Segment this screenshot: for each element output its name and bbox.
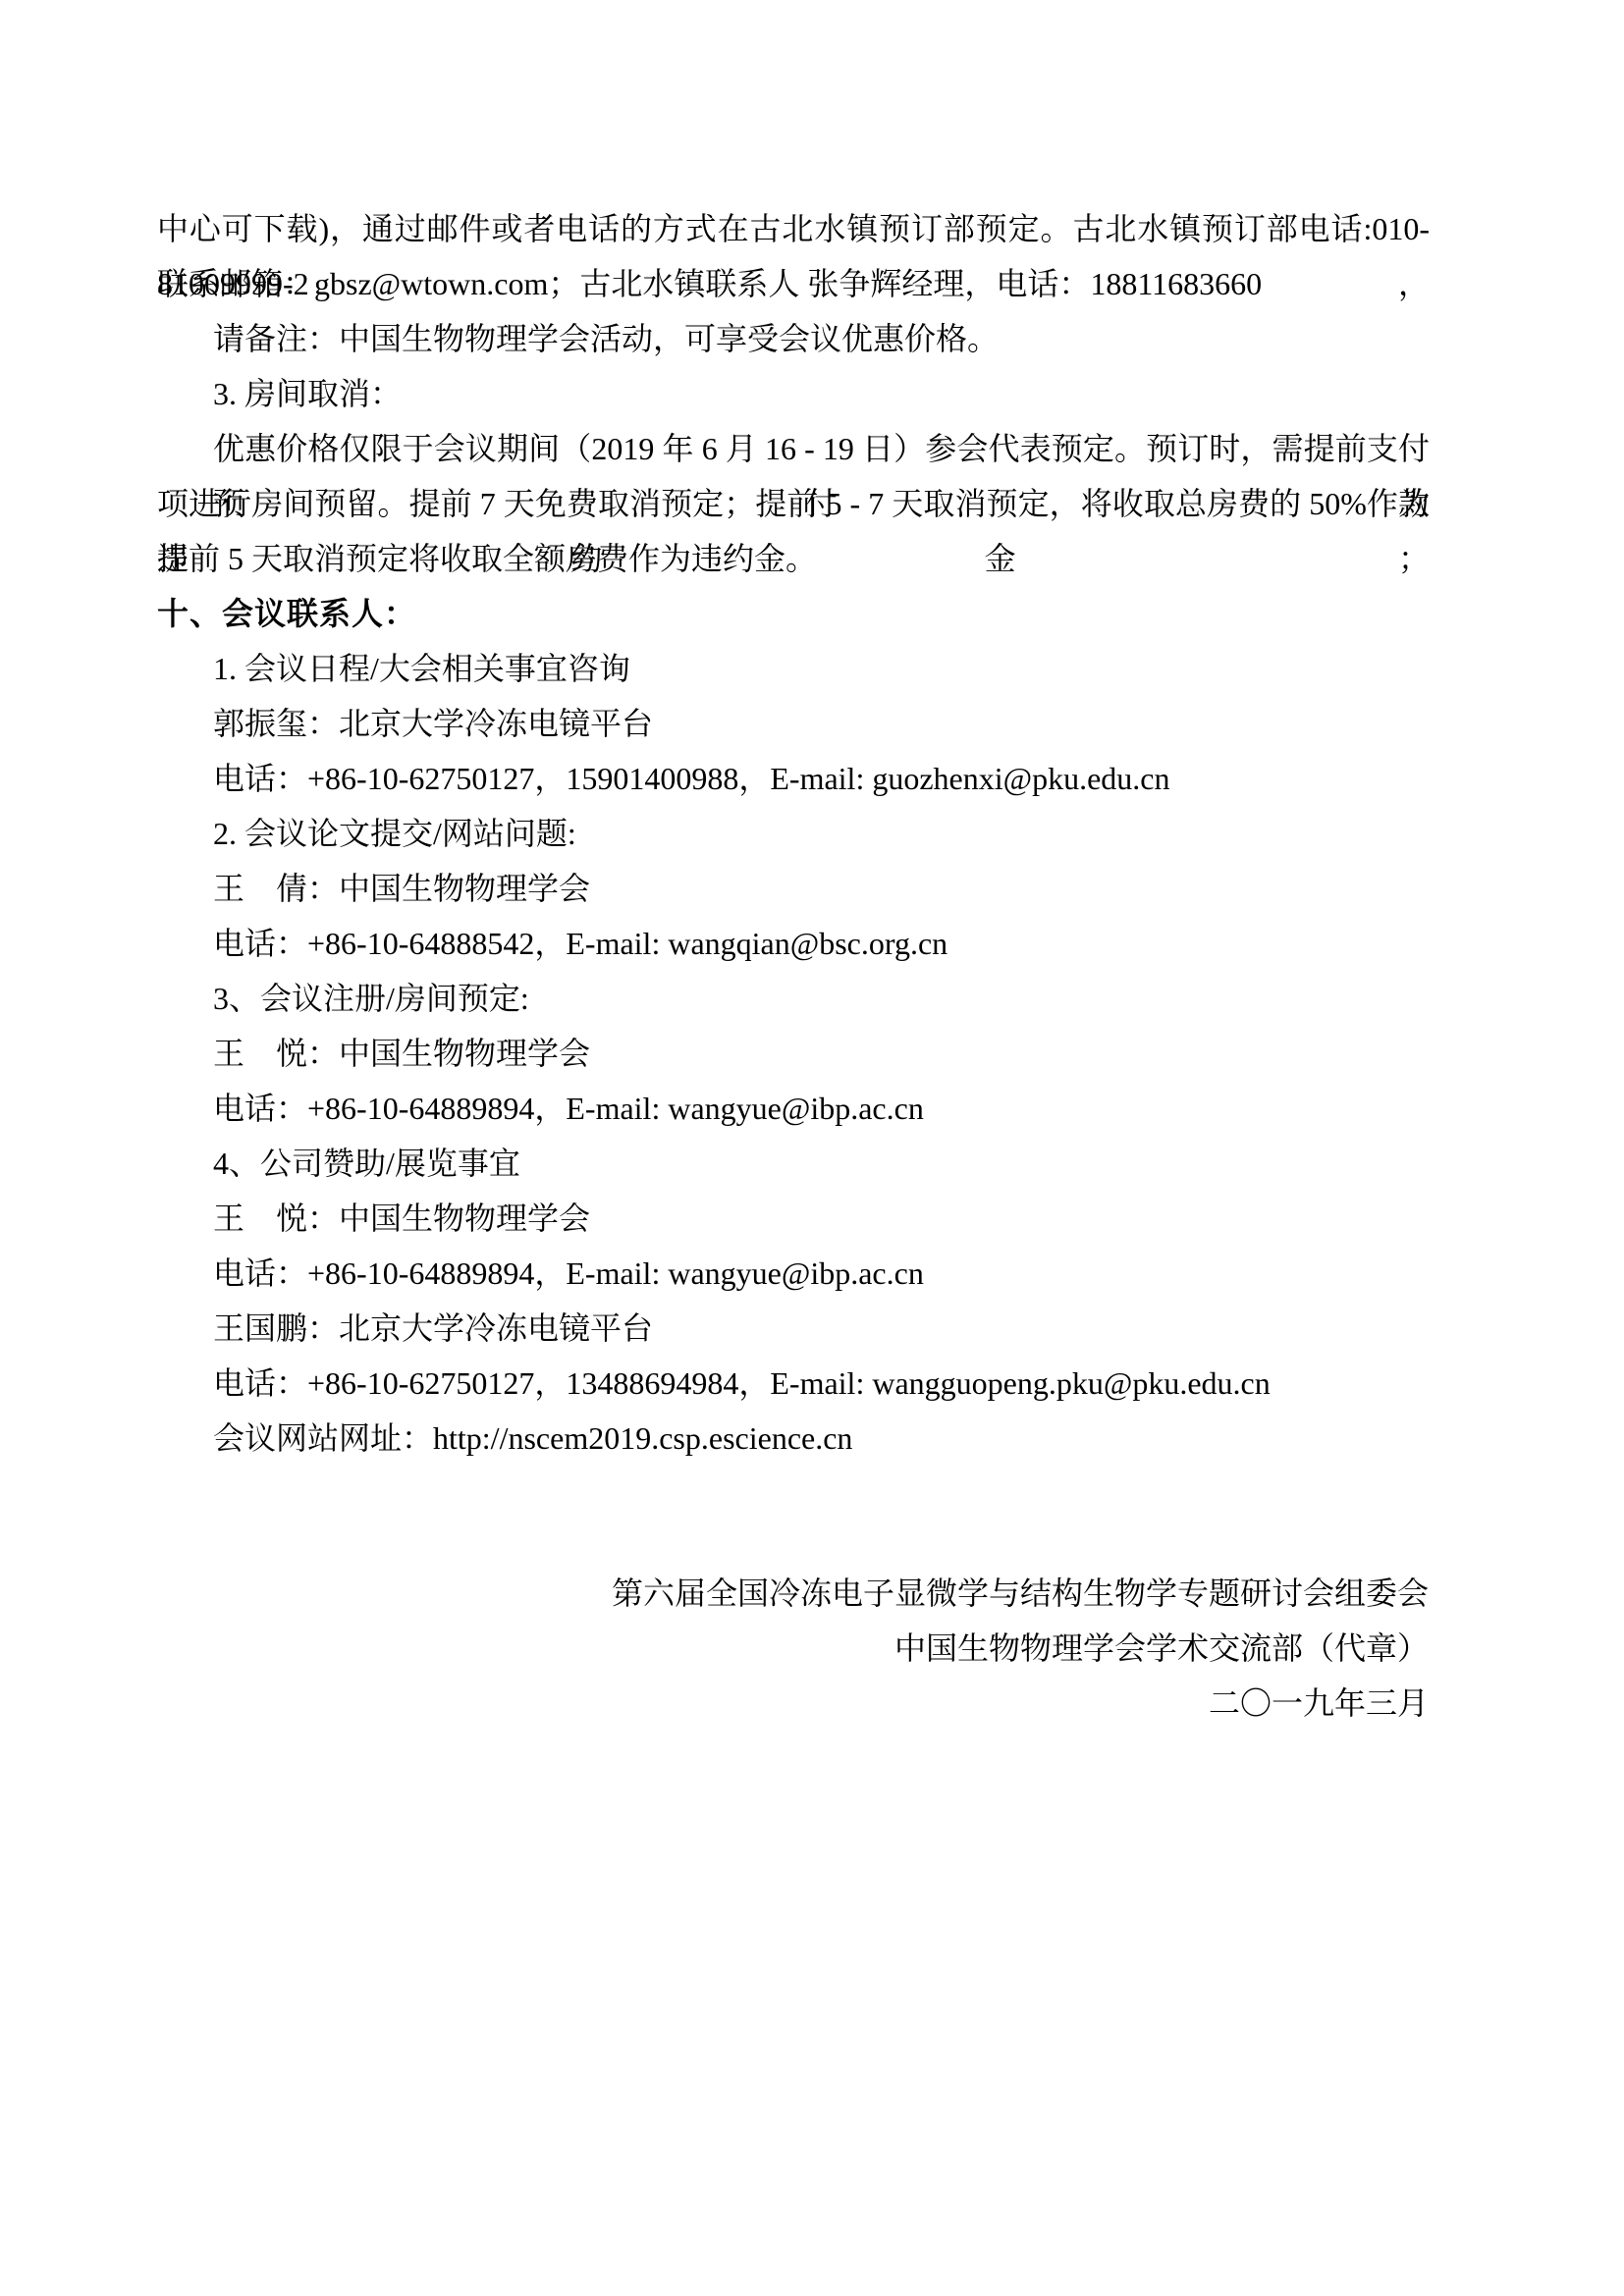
contacts-section-heading: 十、会议联系人： xyxy=(157,586,1430,641)
booking-remark: 请备注：中国生物物理学会活动，可享受会议优惠价格。 xyxy=(157,311,1430,366)
contact-2-person: 王 倩：中国生物物理学会 xyxy=(157,861,1430,916)
signature-department: 中国生物物理学会学术交流部（代章） xyxy=(157,1621,1429,1676)
contact-3-phone: 电话：+86-10-64889894，E-mail: wangyue@ibp.a… xyxy=(157,1081,1430,1136)
contact-2-title: 2. 会议论文提交/网站问题: xyxy=(157,806,1430,861)
booking-paragraph-line-1: 中心可下载)，通过邮件或者电话的方式在古北水镇预订部预定。古北水镇预订部电话:0… xyxy=(157,201,1430,256)
booking-paragraph-line-2: 联系邮箱：gbsz@wtown.com；古北水镇联系人 张争辉经理，电话：188… xyxy=(157,256,1430,311)
contact-4-person-2: 王国鹏：北京大学冷冻电镜平台 xyxy=(157,1301,1430,1356)
signature-block: 第六届全国冷冻电子显微学与结构生物学专题研讨会组委会 中国生物物理学会学术交流部… xyxy=(157,1566,1429,1731)
cancellation-line-1: 优惠价格仅限于会议期间（2019 年 6 月 16 - 19 日）参会代表预定。… xyxy=(157,421,1430,476)
cancellation-heading: 3. 房间取消： xyxy=(157,366,1430,421)
document-page: 中心可下载)，通过邮件或者电话的方式在古北水镇预订部预定。古北水镇预订部电话:0… xyxy=(0,0,1624,2296)
signature-organizer: 第六届全国冷冻电子显微学与结构生物学专题研讨会组委会 xyxy=(157,1566,1429,1621)
document-body: 中心可下载)，通过邮件或者电话的方式在古北水镇预订部预定。古北水镇预订部电话:0… xyxy=(157,201,1430,1466)
contact-4-phone: 电话：+86-10-64889894，E-mail: wangyue@ibp.a… xyxy=(157,1246,1430,1301)
contact-4-title: 4、公司赞助/展览事宜 xyxy=(157,1136,1430,1191)
contact-1-phone: 电话：+86-10-62750127，15901400988，E-mail: g… xyxy=(157,751,1430,806)
contact-3-title: 3、会议注册/房间预定: xyxy=(157,971,1430,1026)
contact-3-person: 王 悦：中国生物物理学会 xyxy=(157,1026,1430,1081)
contact-4-phone-2: 电话：+86-10-62750127，13488694984，E-mail: w… xyxy=(157,1356,1430,1411)
signature-date: 二〇一九年三月 xyxy=(157,1676,1429,1731)
conference-website: 会议网站网址：http://nscem2019.csp.escience.cn xyxy=(157,1411,1430,1466)
contact-1-person: 郭振玺：北京大学冷冻电镜平台 xyxy=(157,696,1430,751)
contact-1-title: 1. 会议日程/大会相关事宜咨询 xyxy=(157,641,1430,696)
contact-2-phone: 电话：+86-10-64888542，E-mail: wangqian@bsc.… xyxy=(157,916,1430,971)
contact-4-person: 王 悦：中国生物物理学会 xyxy=(157,1191,1430,1246)
cancellation-line-2: 项进行房间预留。提前 7 天免费取消预定；提前 5 - 7 天取消预定，将收取总… xyxy=(157,476,1430,531)
